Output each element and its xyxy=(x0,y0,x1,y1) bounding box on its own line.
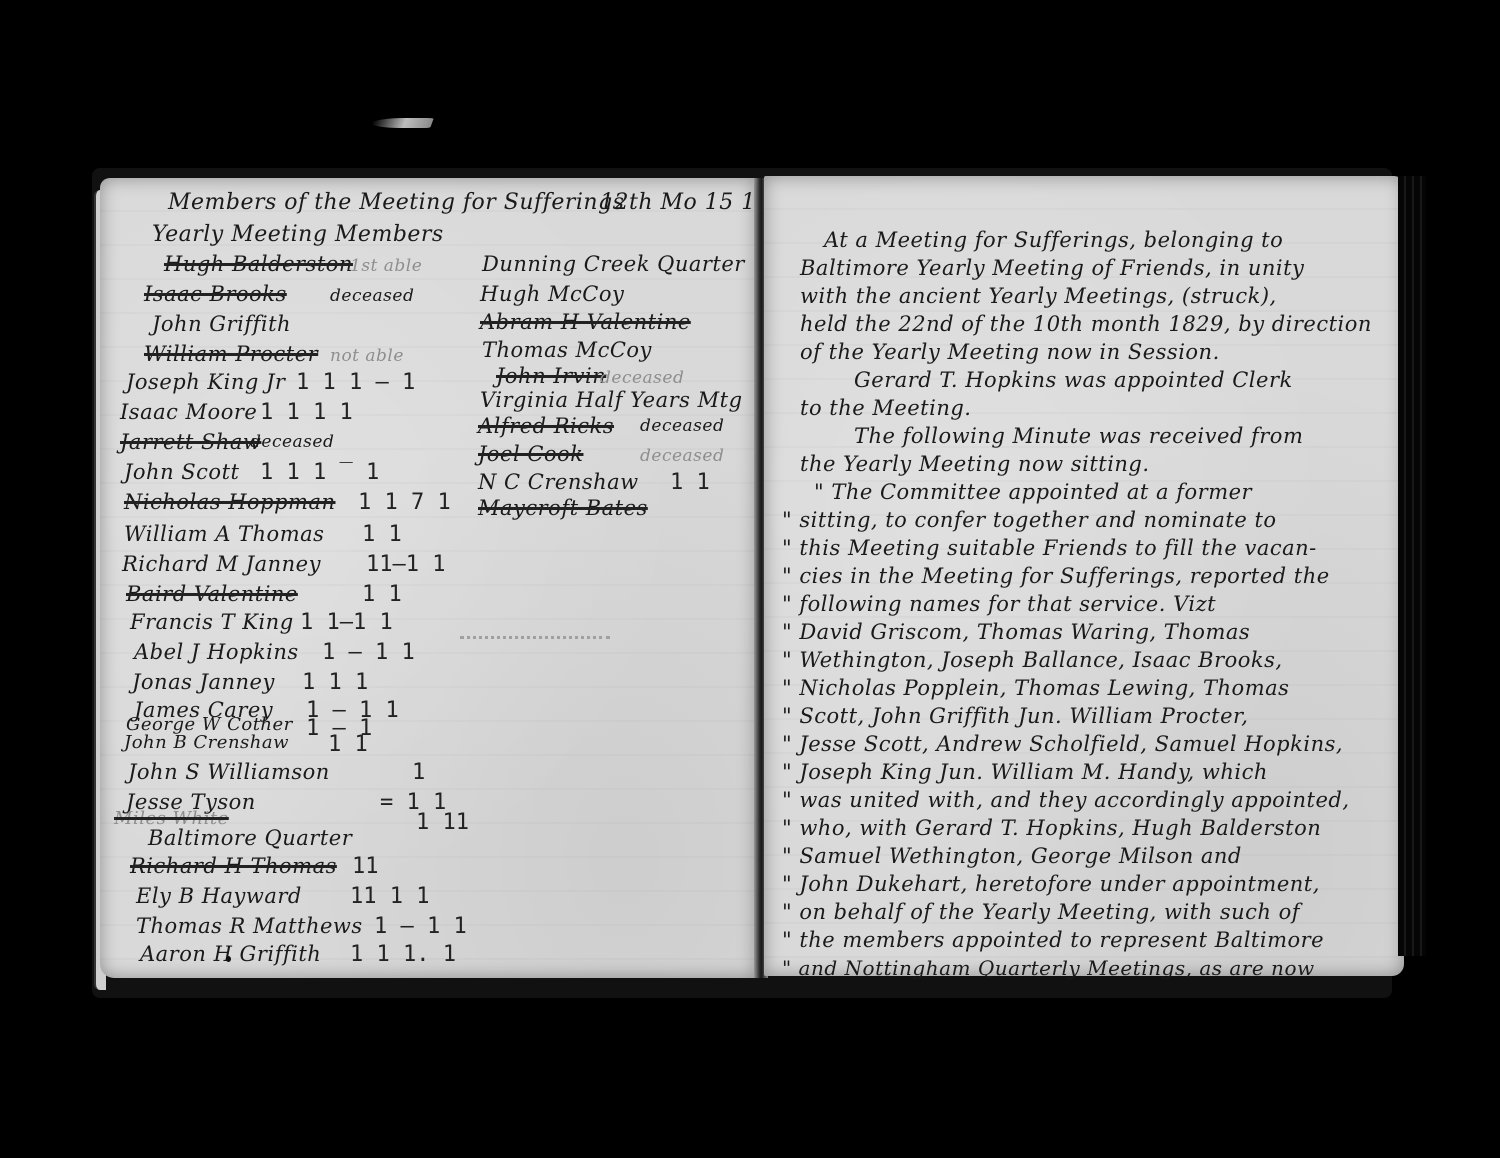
minute-line: " was united with, and they accordingly … xyxy=(782,788,1350,812)
attendance-marks: 1 1 xyxy=(670,470,710,495)
faint-dotted-rule xyxy=(460,636,610,639)
attendance-marks: 1 xyxy=(412,760,425,785)
member-name: Thomas R Matthews xyxy=(136,914,363,938)
member-note: deceased xyxy=(250,432,334,452)
member-name: Abram H Valentine xyxy=(480,310,691,334)
minute-line: with the ancient Yearly Meetings, (struc… xyxy=(800,284,1277,308)
page-title: Members of the Meeting for Sufferings xyxy=(168,190,624,215)
minute-line: to the Meeting. xyxy=(800,396,971,420)
attendance-marks: 1 11 xyxy=(416,810,469,835)
minute-line: " this Meeting suitable Friends to fill … xyxy=(782,536,1317,560)
member-name: Ely B Hayward xyxy=(136,884,302,908)
attendance-marks: 11 xyxy=(352,854,379,879)
member-name: John S Williamson xyxy=(128,760,330,784)
minute-line: The following Minute was received from xyxy=(854,424,1303,448)
right-page-edges xyxy=(1398,176,1426,956)
section-heading-virginia: Virginia Half Years Mtg xyxy=(480,388,743,412)
minute-line: " Joseph King Jun. William M. Handy, whi… xyxy=(782,760,1268,784)
member-name: Aaron H Griffith xyxy=(140,942,321,966)
paper-scrap xyxy=(370,118,434,128)
attendance-marks: 1 1 xyxy=(362,582,402,607)
attendance-marks: 1 — 1 1 xyxy=(322,640,415,665)
member-name: Hugh Balderston xyxy=(164,252,353,276)
member-name: Isaac Brooks xyxy=(144,282,287,306)
minute-line: " David Griscom, Thomas Waring, Thomas xyxy=(782,620,1250,644)
member-name: Baird Valentine xyxy=(126,582,298,606)
attendance-marks: 1 1 7 1 xyxy=(358,490,451,515)
minute-line: " and Nottingham Quarterly Meetings, as … xyxy=(782,956,1315,980)
minute-line: " on behalf of the Yearly Meeting, with … xyxy=(782,900,1300,924)
minute-line: " the members appointed to represent Bal… xyxy=(782,928,1324,952)
attendance-marks: 1 1 1 ‾ 1 xyxy=(260,460,379,485)
attendance-marks: 1 1 1. 1 xyxy=(350,942,456,967)
member-name: Abel J Hopkins xyxy=(134,640,299,664)
ink-dot xyxy=(226,956,231,962)
member-name: Maycroft Bates xyxy=(478,496,648,520)
member-name: Hugh McCoy xyxy=(480,282,624,306)
attendance-marks: 1 1 xyxy=(328,732,368,757)
minute-line: " Scott, John Griffith Jun. William Proc… xyxy=(782,704,1248,728)
minute-line: " Nicholas Popplein, Thomas Lewing, Thom… xyxy=(782,676,1289,700)
member-note: 1st able xyxy=(350,256,422,276)
section-heading-baltimore: Baltimore Quarter xyxy=(148,826,352,850)
member-name: Richard H Thomas xyxy=(130,854,337,878)
member-name: John B Crenshaw xyxy=(124,732,289,753)
member-name: Jonas Janney xyxy=(132,670,275,694)
member-name: Thomas McCoy xyxy=(482,338,652,362)
member-name: Alfred Ricks xyxy=(478,414,614,438)
member-note: deceased xyxy=(600,368,684,388)
minute-line: " sitting, to confer together and nomina… xyxy=(782,508,1277,532)
minute-line: of the Yearly Meeting now in Session. xyxy=(800,340,1220,364)
member-name: William A Thomas xyxy=(124,522,324,546)
member-name: Joseph King Jr xyxy=(126,370,285,394)
minute-line: Baltimore Yearly Meeting of Friends, in … xyxy=(800,256,1304,280)
minute-line: " who, with Gerard T. Hopkins, Hugh Bald… xyxy=(782,816,1321,840)
section-heading-yearly: Yearly Meeting Members xyxy=(152,222,444,247)
member-note: deceased xyxy=(640,446,724,466)
minute-line: " Samuel Wethington, George Milson and xyxy=(782,844,1242,868)
member-name: William Procter xyxy=(144,342,318,366)
attendance-marks: 1 1—1 1 xyxy=(300,610,393,635)
minute-line: Gerard T. Hopkins was appointed Clerk xyxy=(854,368,1293,392)
attendance-marks: 11—1 1 xyxy=(366,552,445,577)
attendance-marks: 1 — 1 1 xyxy=(374,914,467,939)
member-name: N C Crenshaw xyxy=(478,470,639,494)
attendance-marks: 1 1 1 xyxy=(302,670,368,695)
member-name: Joel Cook xyxy=(478,442,583,466)
attendance-marks: 1 1 xyxy=(362,522,402,547)
minute-line: the Yearly Meeting now sitting. xyxy=(800,452,1150,476)
attendance-marks: 1 1 1 1 xyxy=(260,400,353,425)
member-name: Nicholas Hoppman xyxy=(124,490,336,514)
member-note: deceased xyxy=(330,286,414,306)
minute-line: " The Committee appointed at a former xyxy=(814,480,1252,504)
minute-line: " Wethington, Joseph Ballance, Isaac Bro… xyxy=(782,648,1283,672)
member-name: Richard M Janney xyxy=(122,552,321,576)
attendance-marks: 11 1 1 xyxy=(350,884,429,909)
minute-line: " following names for that service. Vizt xyxy=(782,592,1216,616)
member-name: Francis T King xyxy=(130,610,294,634)
attendance-marks: 1 1 1 — 1 xyxy=(296,370,415,395)
minute-line: " John Dukehart, heretofore under appoin… xyxy=(782,872,1320,896)
right-page: At a Meeting for Sufferings, belonging t… xyxy=(764,176,1404,976)
member-name: Jarrett Shaw xyxy=(120,430,261,454)
member-name: John Scott xyxy=(124,460,239,484)
minute-line: " cies in the Meeting for Sufferings, re… xyxy=(782,564,1330,588)
member-name: John Irvin xyxy=(496,364,606,388)
member-note: not able xyxy=(330,346,404,366)
left-page: Members of the Meeting for Sufferings 12… xyxy=(100,178,756,978)
minute-line: " Jesse Scott, Andrew Scholfield, Samuel… xyxy=(782,732,1343,756)
member-name: Isaac Moore xyxy=(120,400,257,424)
minute-line: held the 22nd of the 10th month 1829, by… xyxy=(800,312,1372,336)
member-name: John Griffith xyxy=(152,312,291,336)
member-note: deceased xyxy=(640,416,724,436)
minute-line: At a Meeting for Sufferings, belonging t… xyxy=(824,228,1283,252)
section-heading-dunning-creek: Dunning Creek Quarter xyxy=(482,252,745,276)
